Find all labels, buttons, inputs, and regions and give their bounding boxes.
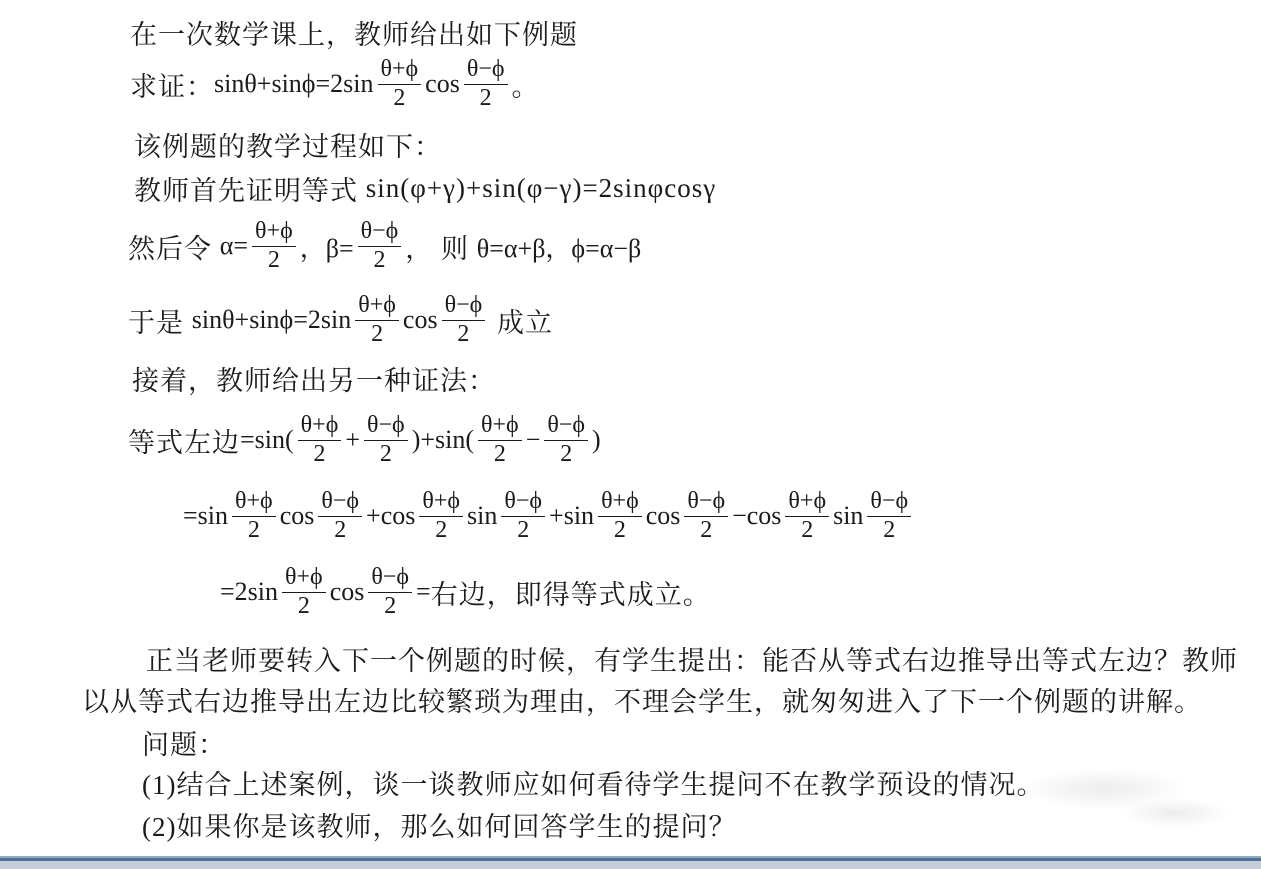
formula-final: =2sinθ+ϕ2cosθ−ϕ2=右边，即得等式成立。 [220,560,711,624]
math-text: −cos [732,501,781,531]
fraction: θ+ϕ2 [252,218,296,274]
formula-to-prove: 求证：sinθ+sinϕ=2sinθ+ϕ2cosθ−ϕ2。 [130,52,540,116]
math-text: +cos [366,501,415,531]
math-text: =sin [183,501,228,531]
math-text: sinθ+sinϕ=2sin [192,305,352,335]
fraction: θ−ϕ2 [867,488,911,544]
fraction: θ−ϕ2 [358,218,402,274]
math-text: α= [220,231,248,261]
fraction: θ−ϕ2 [442,292,486,348]
fraction: θ+ϕ2 [282,564,326,620]
paragraph-student-question-2: 以从等式右边推导出左边比较繁琐为理由，不理会学生，就匆匆进入了下一个例题的讲解。 [82,681,1202,717]
chinese-text: 成立 [489,301,553,340]
math-text: cos [280,501,315,531]
math-text: =2sin [220,577,278,607]
formula-lemma: 教师首先证明等式 sin(φ+γ)+sin(φ−γ)=2sinφcosγ [134,170,716,206]
math-text: sinθ+sinϕ=2sin [214,69,374,99]
math-text: θ=α+β，ϕ=α−β [477,228,642,265]
fraction: θ+ϕ2 [378,56,422,112]
fraction: θ−ϕ2 [368,564,412,620]
math-text: cos [330,577,365,607]
math-text: sin(φ+γ)+sin(φ−γ)=2sinφcosγ [366,173,716,204]
fraction: θ+ϕ2 [298,412,342,468]
fraction: θ−ϕ2 [464,56,508,112]
paragraph-student-question-1: 正当老师要转入下一个例题的时候，有学生提出：能否从等式右边推导出等式左边？教师 [146,640,1238,676]
chinese-text: 教师首先证明等式 [134,169,366,208]
formula-lhs-expansion: 等式左边=sin(θ+ϕ2+θ−ϕ2)+sin(θ+ϕ2−θ−ϕ2) [128,408,601,472]
bottom-bar-fill [0,861,1261,869]
math-text: sin [467,501,497,531]
chinese-text: 然后令 [128,227,220,266]
formula-conclusion: 于是 sinθ+sinϕ=2sinθ+ϕ2cosθ−ϕ2 成立 [128,288,553,352]
math-text: =sin( [240,425,294,455]
chinese-text: ， 则 [405,227,477,266]
math-text: cos [425,69,460,99]
chinese-text: 右边，即得等式成立。 [431,573,711,612]
line-second-proof-intro: 接着，教师给出另一种证法： [132,360,496,396]
bottom-divider-bar [0,856,1261,869]
fraction: θ−ϕ2 [318,488,362,544]
fraction: θ−ϕ2 [544,412,588,468]
line-teaching-process: 该例题的教学过程如下： [134,126,442,162]
math-text: ) [592,425,601,455]
fraction: θ+ϕ2 [598,488,642,544]
line-question-1: (1)结合上述案例，谈一谈教师应如何看待学生提问不在教学预设的情况。 [142,764,1044,800]
line-questions-label: 问题： [142,724,226,760]
math-text: ，β= [300,228,354,265]
math-text: cos [646,501,681,531]
fraction: θ+ϕ2 [478,412,522,468]
chinese-text: 求证： [130,65,214,104]
chinese-text: 等式左边 [128,421,240,460]
formula-substitution: 然后令 α=θ+ϕ2，β=θ−ϕ2， 则 θ=α+β，ϕ=α−β [128,214,641,278]
line-intro: 在一次数学课上，教师给出如下例题 [130,14,578,50]
chinese-text: 。 [512,65,540,104]
math-text: )+sin( [412,425,474,455]
scan-smudge [1120,798,1230,828]
fraction: θ+ϕ2 [355,292,399,348]
chinese-text: 于是 [128,301,192,340]
fraction: θ+ϕ2 [419,488,463,544]
fraction: θ−ϕ2 [501,488,545,544]
fraction: θ+ϕ2 [232,488,276,544]
math-text: sin [833,501,863,531]
math-text: − [526,425,541,455]
fraction: θ+ϕ2 [785,488,829,544]
math-text: +sin [549,501,594,531]
fraction: θ−ϕ2 [364,412,408,468]
fraction: θ−ϕ2 [684,488,728,544]
line-question-2: (2)如果你是该教师，那么如何回答学生的提问？ [142,806,736,842]
math-text: = [416,577,431,607]
math-text: + [345,425,360,455]
math-text: cos [403,305,438,335]
scanned-exam-document: 在一次数学课上，教师给出如下例题 求证：sinθ+sinϕ=2sinθ+ϕ2co… [0,0,1261,869]
formula-product-expansion: =sinθ+ϕ2cosθ−ϕ2+cosθ+ϕ2sinθ−ϕ2+sinθ+ϕ2co… [183,484,915,548]
